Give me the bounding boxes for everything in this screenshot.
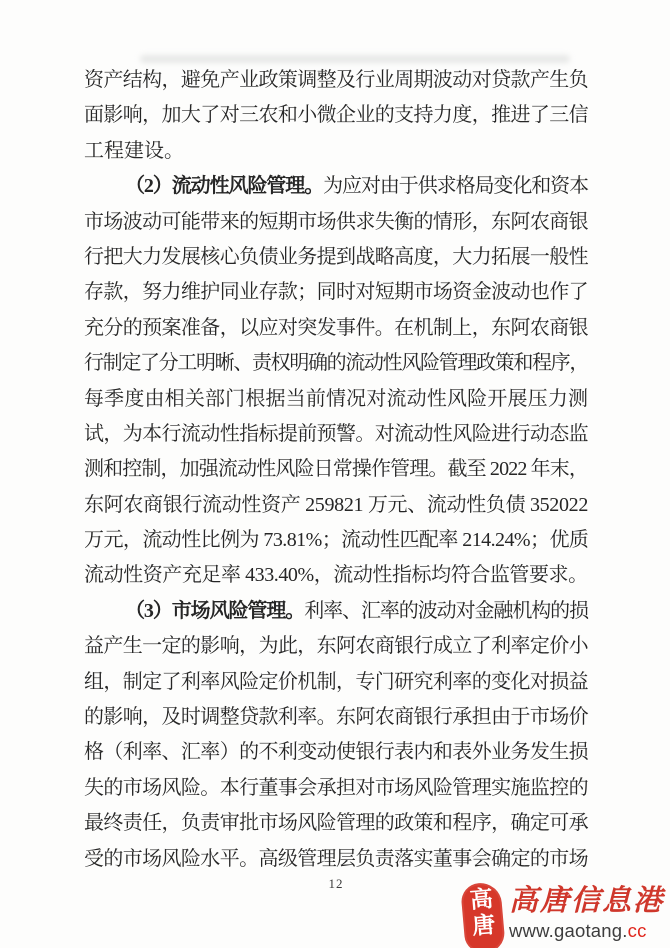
text-line: （2）流动性风险管理。为应对由于供求格局变化和资本 xyxy=(84,169,588,204)
text-line: 每季度由相关部门根据当前情况对流动性风险开展压力测 xyxy=(84,382,588,417)
text-line: 试，为本行流动性指标提前预警。对流动性风险进行动态监 xyxy=(84,417,588,452)
text-run: 每季度由相关部门根据当前情况对流动性风险开展压力测 xyxy=(84,388,588,410)
text-run: 行把大力发展核心负债业务提到战略高度，大力拓展一般性 xyxy=(84,246,588,268)
text-run: 流动性资产充足率 433.40%，流动性指标均符合监管要求。 xyxy=(84,564,588,586)
seal-char-top: 高 xyxy=(469,886,494,914)
text-line: 组，制定了利率风险定价机制，专门研究利率的变化对损益 xyxy=(84,665,588,700)
site-watermark: 高 唐 高唐信息港 www.gaotang.cc xyxy=(465,882,670,948)
text-line: 受的市场风险水平。高级管理层负责落实董事会确定的市场 xyxy=(84,842,588,877)
text-run: 试，为本行流动性指标提前预警。对流动性风险进行动态监 xyxy=(84,423,588,445)
text-line: （3）市场风险管理。利率、汇率的波动对金融机构的损 xyxy=(84,594,588,629)
text-run: 组，制定了利率风险定价机制，专门研究利率的变化对损益 xyxy=(84,671,588,693)
paragraph-heading: （2）流动性风险管理。 xyxy=(125,175,323,197)
text-run: 行制定了分工明晰、责权明确的流动性风险管理政策和程序， xyxy=(84,352,588,374)
text-run: 格（利率、汇率）的不利变动使银行表内和表外业务发生损 xyxy=(84,741,588,763)
text-line: 面影响，加大了对三农和小微企业的支持力度，推进了三信 xyxy=(84,98,588,133)
text-run: 利率、汇率的波动对金融机构的损 xyxy=(304,600,588,622)
text-run: 为应对由于供求格局变化和资本 xyxy=(323,175,588,197)
text-run: 的影响，及时调整贷款利率。东阿农商银行承担由于市场价 xyxy=(84,706,588,728)
text-line: 最终责任，负责审批市场风险管理的政策和程序，确定可承 xyxy=(84,806,588,841)
text-line: 行把大力发展核心负债业务提到战略高度，大力拓展一般性 xyxy=(84,240,588,275)
site-url-main: www.gaotang. xyxy=(509,920,628,941)
document-body-text: 资产结构，避免产业政策调整及行业周期波动对贷款产生负面影响，加大了对三农和小微企… xyxy=(84,63,588,877)
text-run: 万元，流动性比例为 73.81%；流动性匹配率 214.24%；优质 xyxy=(84,529,588,551)
text-line: 市场波动可能带来的短期市场供求失衡的情形，东阿农商银 xyxy=(84,205,588,240)
text-run: 资产结构，避免产业政策调整及行业周期波动对贷款产生负 xyxy=(84,69,588,91)
text-line: 充分的预案准备，以应对突发事件。在机制上，东阿农商银 xyxy=(84,311,588,346)
text-run: 受的市场风险水平。高级管理层负责落实董事会确定的市场 xyxy=(84,848,588,870)
site-url: www.gaotang.cc xyxy=(509,920,670,942)
gaotang-seal-icon: 高 唐 xyxy=(460,881,506,948)
text-run: 充分的预案准备，以应对突发事件。在机制上，东阿农商银 xyxy=(84,317,588,339)
text-line: 万元，流动性比例为 73.81%；流动性匹配率 214.24%；优质 xyxy=(84,523,588,558)
text-run: 最终责任，负责审批市场风险管理的政策和程序，确定可承 xyxy=(84,812,588,834)
scanned-document-page: 资产结构，避免产业政策调整及行业周期波动对贷款产生负面影响，加大了对三农和小微企… xyxy=(0,0,670,948)
paragraph-heading: （3）市场风险管理。 xyxy=(125,600,304,622)
text-run: 东阿农商银行流动性资产 259821 万元、流动性负债 352022 xyxy=(84,494,588,516)
text-line: 益产生一定的影响，为此，东阿农商银行成立了利率定价小 xyxy=(84,629,588,664)
text-run: 市场波动可能带来的短期市场供求失衡的情形，东阿农商银 xyxy=(84,211,588,233)
scan-artifact xyxy=(140,55,570,63)
text-line: 失的市场风险。本行董事会承担对市场风险管理实施监控的 xyxy=(84,771,588,806)
site-name-calligraphy: 高唐信息港 xyxy=(509,882,670,920)
text-run: 面影响，加大了对三农和小微企业的支持力度，推进了三信 xyxy=(84,104,588,126)
text-run: 存款，努力维护同业存款；同时对短期市场资金波动也作了 xyxy=(84,281,588,303)
text-run: 测和控制，加强流动性风险日常操作管理。截至 2022 年末， xyxy=(84,458,588,480)
text-line: 东阿农商银行流动性资产 259821 万元、流动性负债 352022 xyxy=(84,488,588,523)
seal-char-bottom: 唐 xyxy=(471,912,496,940)
text-run: 失的市场风险。本行董事会承担对市场风险管理实施监控的 xyxy=(84,777,588,799)
text-line: 行制定了分工明晰、责权明确的流动性风险管理政策和程序， xyxy=(84,346,588,381)
text-line: 资产结构，避免产业政策调整及行业周期波动对贷款产生负 xyxy=(84,63,588,98)
text-line: 的影响，及时调整贷款利率。东阿农商银行承担由于市场价 xyxy=(84,700,588,735)
text-run: 益产生一定的影响，为此，东阿农商银行成立了利率定价小 xyxy=(84,635,588,657)
text-line: 格（利率、汇率）的不利变动使银行表内和表外业务发生损 xyxy=(84,735,588,770)
text-line: 工程建设。 xyxy=(84,134,588,169)
text-run: 工程建设。 xyxy=(84,140,184,162)
watermark-text-group: 高唐信息港 www.gaotang.cc xyxy=(509,882,670,942)
text-line: 流动性资产充足率 433.40%，流动性指标均符合监管要求。 xyxy=(84,558,588,593)
text-line: 测和控制，加强流动性风险日常操作管理。截至 2022 年末， xyxy=(84,452,588,487)
site-url-suffix: cc xyxy=(628,920,647,941)
text-line: 存款，努力维护同业存款；同时对短期市场资金波动也作了 xyxy=(84,275,588,310)
